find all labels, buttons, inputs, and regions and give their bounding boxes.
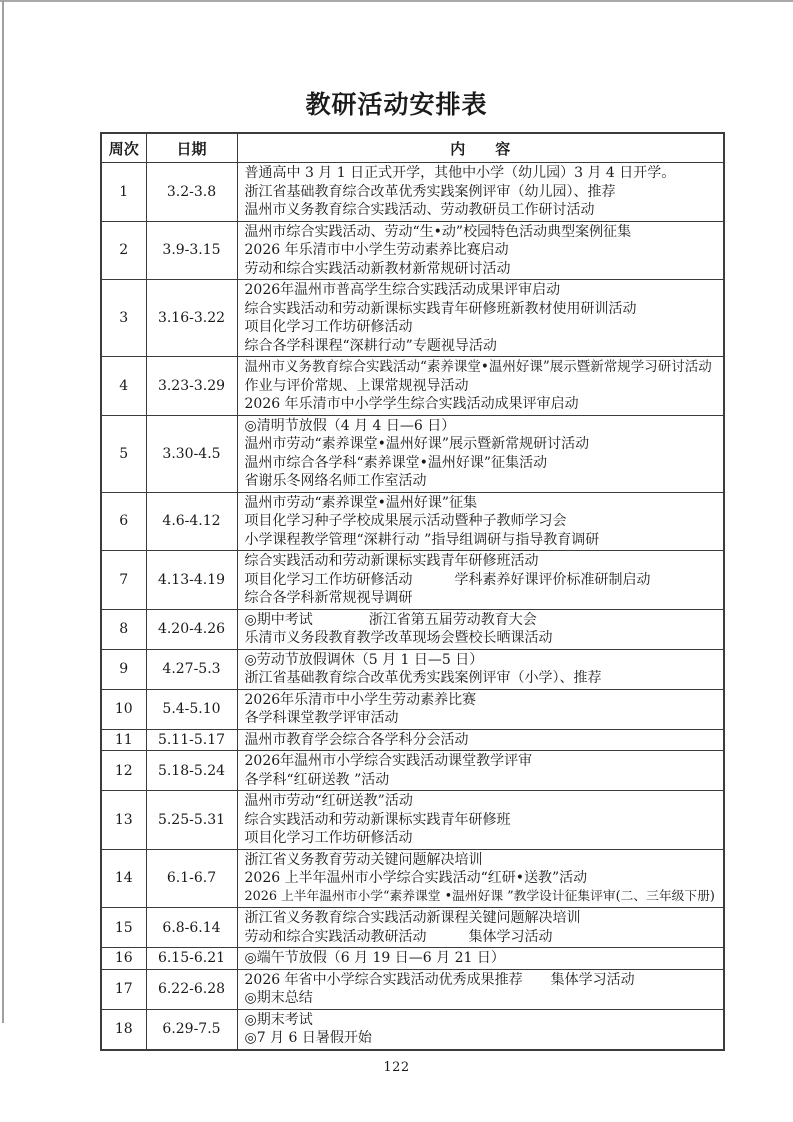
content-cell: 浙江省义务教育劳动关键问题解决培训2026 上半年温州市小学综合实践活动“红研•… — [237, 849, 724, 908]
page-number: 122 — [0, 1060, 793, 1075]
date-cell: 4.6-4.12 — [146, 492, 237, 551]
content-line: 浙江省基础教育综合改革优秀实践案例评审（小学）、推荐 — [245, 669, 718, 688]
table-row: 14 6.1-6.7 浙江省义务教育劳动关键问题解决培训2026 上半年温州市小… — [101, 849, 724, 908]
week-cell: 17 — [101, 969, 146, 1009]
date-cell: 3.23-3.29 — [146, 357, 237, 416]
table-row: 11 5.11-5.17 温州市教育学会综合各学科分会活动 — [101, 729, 724, 751]
week-cell: 6 — [101, 492, 146, 551]
table-row: 2 3.9-3.15 温州市综合实践活动、劳动“生•动”校园特色活动典型案例征集… — [101, 221, 724, 280]
content-line: 2026 上半年温州市小学综合实践活动“红研•送教”活动 — [245, 869, 718, 888]
date-cell: 4.20-4.26 — [146, 609, 237, 649]
content-line: 浙江省义务教育劳动关键问题解决培训 — [245, 851, 718, 870]
content-line: ◎端午节放假（6 月 19 日—6 月 21 日） — [245, 949, 718, 968]
table-row: 8 4.20-4.26 ◎期中考试 浙江省第五届劳动教育大会乐清市义务段教育教学… — [101, 609, 724, 649]
content-line: 综合实践活动和劳动新课标实践青年研修班新教材使用研训活动 — [245, 300, 718, 319]
content-line: 项目化学习工作坊研修活动 — [245, 829, 718, 848]
content-line: 项目化学习工作坊研修活动 — [245, 318, 718, 337]
content-line: 温州市劳动“素养课堂•温州好课”展示暨新常规研讨活动 — [245, 435, 718, 454]
content-line: 温州市教育学会综合各学科分会活动 — [245, 731, 718, 750]
content-line: 温州市义务教育综合实践活动“素养课堂•温州好课”展示暨新常规学习研讨活动 — [245, 358, 718, 377]
content-cell: ◎期中考试 浙江省第五届劳动教育大会乐清市义务段教育教学改革现场会暨校长晒课活动 — [237, 609, 724, 649]
table-row: 5 3.30-4.5 ◎清明节放假（4 月 4 日—6 日）温州市劳动“素养课堂… — [101, 415, 724, 492]
content-cell: 浙江省义务教育综合实践活动新课程关键问题解决培训劳动和综合实践活动教研活动 集体… — [237, 908, 724, 948]
content-cell: ◎端午节放假（6 月 19 日—6 月 21 日） — [237, 948, 724, 970]
date-cell: 3.9-3.15 — [146, 221, 237, 280]
content-cell: 温州市综合实践活动、劳动“生•动”校园特色活动典型案例征集2026 年乐清市中小… — [237, 221, 724, 280]
content-line: 2026 年乐清市中小学学生综合实践活动成果评审启动 — [245, 395, 718, 414]
content-line: 省谢乐冬网络名师工作室活动 — [245, 472, 718, 491]
content-line: 综合各学科新常规视导调研 — [245, 589, 718, 608]
table-row: 18 6.29-7.5 ◎期末考试◎7 月 6 日暑假开始 — [101, 1009, 724, 1050]
date-cell: 3.2-3.8 — [146, 163, 237, 222]
content-cell: 2026年乐清市中小学生劳动素养比赛各学科课堂教学评审活动 — [237, 689, 724, 729]
content-line: 各学科课堂教学评审活动 — [245, 709, 718, 728]
content-line: 2026 年省中小学综合实践活动优秀成果推荐 集体学习活动 — [245, 971, 718, 990]
content-line: 温州市义务教育综合实践活动、劳动教研员工作研讨活动 — [245, 201, 718, 220]
content-line: 温州市综合各学科“素养课堂•温州好课”征集活动 — [245, 454, 718, 473]
table-row: 1 3.2-3.8 普通高中 3 月 1 日正式开学，其他中小学（幼儿园）3 月… — [101, 163, 724, 222]
week-cell: 16 — [101, 948, 146, 970]
content-line: 劳动和综合实践活动新教材新常规研讨活动 — [245, 260, 718, 279]
content-cell: 温州市劳动“素养课堂•温州好课”征集项目化学习种子学校成果展示活动暨种子教师学习… — [237, 492, 724, 551]
week-cell: 7 — [101, 551, 146, 610]
content-line: 作业与评价常规、上课常规视导活动 — [245, 377, 718, 396]
week-cell: 12 — [101, 751, 146, 791]
content-line: 小学课程教学管理“深耕行动 ”指导组调研与指导教育调研 — [245, 531, 718, 550]
content-cell: ◎劳动节放假调休（5 月 1 日—5 日）浙江省基础教育综合改革优秀实践案例评审… — [237, 649, 724, 689]
date-cell: 3.30-4.5 — [146, 415, 237, 492]
date-cell: 5.18-5.24 — [146, 751, 237, 791]
content-line: 2026年温州市小学综合实践活动课堂教学评审 — [245, 752, 718, 771]
content-cell: 温州市义务教育综合实践活动“素养课堂•温州好课”展示暨新常规学习研讨活动作业与评… — [237, 357, 724, 416]
content-line: 乐清市义务段教育教学改革现场会暨校长晒课活动 — [245, 629, 718, 648]
page-edge-left — [2, 0, 4, 1023]
content-cell: 综合实践活动和劳动新课标实践青年研修班活动项目化学习工作坊研修活动 学科素养好课… — [237, 551, 724, 610]
week-cell: 2 — [101, 221, 146, 280]
table-row: 16 6.15-6.21 ◎端午节放假（6 月 19 日—6 月 21 日） — [101, 948, 724, 970]
content-line: 项目化学习工作坊研修活动 学科素养好课评价标准研制启动 — [245, 571, 718, 590]
content-line: 2026年温州市普高学生综合实践活动成果评审启动 — [245, 281, 718, 300]
content-line: 2026 年乐清市中小学生劳动素养比赛启动 — [245, 241, 718, 260]
content-cell: 2026 年省中小学综合实践活动优秀成果推荐 集体学习活动◎期末总结 — [237, 969, 724, 1009]
content-line: 温州市劳动“素养课堂•温州好课”征集 — [245, 494, 718, 513]
content-line: 浙江省基础教育综合改革优秀实践案例评审（幼儿园）、推荐 — [245, 183, 718, 202]
page-title: 教研活动安排表 — [0, 0, 793, 120]
week-cell: 5 — [101, 415, 146, 492]
table-row: 17 6.22-6.28 2026 年省中小学综合实践活动优秀成果推荐 集体学习… — [101, 969, 724, 1009]
content-line: ◎7 月 6 日暑假开始 — [245, 1029, 718, 1048]
week-cell: 11 — [101, 729, 146, 751]
col-header-content: 内 容 — [237, 133, 724, 163]
week-cell: 18 — [101, 1009, 146, 1050]
table-header: 周次 日期 内 容 — [101, 133, 724, 163]
content-line: 2026年乐清市中小学生劳动素养比赛 — [245, 691, 718, 710]
content-cell: 普通高中 3 月 1 日正式开学，其他中小学（幼儿园）3 月 4 日开学。浙江省… — [237, 163, 724, 222]
table-row: 12 5.18-5.24 2026年温州市小学综合实践活动课堂教学评审各学科“红… — [101, 751, 724, 791]
content-cell: ◎清明节放假（4 月 4 日—6 日）温州市劳动“素养课堂•温州好课”展示暨新常… — [237, 415, 724, 492]
date-cell: 6.22-6.28 — [146, 969, 237, 1009]
week-cell: 4 — [101, 357, 146, 416]
content-line: 各学科“红研送教 ”活动 — [245, 771, 718, 790]
col-header-date: 日期 — [146, 133, 237, 163]
content-cell: ◎期末考试◎7 月 6 日暑假开始 — [237, 1009, 724, 1050]
col-header-week: 周次 — [101, 133, 146, 163]
content-line: 综合实践活动和劳动新课标实践青年研修班活动 — [245, 552, 718, 571]
table-row: 3 3.16-3.22 2026年温州市普高学生综合实践活动成果评审启动综合实践… — [101, 280, 724, 357]
date-cell: 4.27-5.3 — [146, 649, 237, 689]
week-cell: 13 — [101, 791, 146, 850]
date-cell: 6.29-7.5 — [146, 1009, 237, 1050]
table-body: 1 3.2-3.8 普通高中 3 月 1 日正式开学，其他中小学（幼儿园）3 月… — [101, 163, 724, 1050]
week-cell: 1 — [101, 163, 146, 222]
week-cell: 14 — [101, 849, 146, 908]
content-cell: 温州市劳动“红研送教”活动综合实践活动和劳动新课标实践青年研修班项目化学习工作坊… — [237, 791, 724, 850]
content-line: 项目化学习种子学校成果展示活动暨种子教师学习会 — [245, 512, 718, 531]
table-row: 15 6.8-6.14 浙江省义务教育综合实践活动新课程关键问题解决培训劳动和综… — [101, 908, 724, 948]
week-cell: 3 — [101, 280, 146, 357]
date-cell: 5.11-5.17 — [146, 729, 237, 751]
content-cell: 2026年温州市小学综合实践活动课堂教学评审各学科“红研送教 ”活动 — [237, 751, 724, 791]
table-row: 4 3.23-3.29 温州市义务教育综合实践活动“素养课堂•温州好课”展示暨新… — [101, 357, 724, 416]
week-cell: 9 — [101, 649, 146, 689]
table-row: 13 5.25-5.31 温州市劳动“红研送教”活动综合实践活动和劳动新课标实践… — [101, 791, 724, 850]
content-line: 劳动和综合实践活动教研活动 集体学习活动 — [245, 928, 718, 947]
document-page: 教研活动安排表 周次 日期 内 容 1 3.2-3.8 普通高中 3 月 1 日… — [0, 0, 793, 1075]
week-cell: 8 — [101, 609, 146, 649]
content-line: 普通高中 3 月 1 日正式开学，其他中小学（幼儿园）3 月 4 日开学。 — [245, 164, 718, 183]
content-line: 浙江省义务教育综合实践活动新课程关键问题解决培训 — [245, 909, 718, 928]
table-row: 9 4.27-5.3 ◎劳动节放假调休（5 月 1 日—5 日）浙江省基础教育综… — [101, 649, 724, 689]
content-line: 温州市劳动“红研送教”活动 — [245, 792, 718, 811]
content-line: 温州市综合实践活动、劳动“生•动”校园特色活动典型案例征集 — [245, 223, 718, 242]
week-cell: 10 — [101, 689, 146, 729]
table-row: 6 4.6-4.12 温州市劳动“素养课堂•温州好课”征集项目化学习种子学校成果… — [101, 492, 724, 551]
date-cell: 6.1-6.7 — [146, 849, 237, 908]
table-row: 10 5.4-5.10 2026年乐清市中小学生劳动素养比赛各学科课堂教学评审活… — [101, 689, 724, 729]
date-cell: 6.8-6.14 — [146, 908, 237, 948]
content-line: ◎期末考试 — [245, 1011, 718, 1030]
week-cell: 15 — [101, 908, 146, 948]
content-line: 2026 上半年温州市小学“素养课堂 •温州好课 ”教学设计征集评审(二、三年级… — [245, 888, 718, 907]
content-line: ◎期末总结 — [245, 989, 718, 1008]
content-line: 综合实践活动和劳动新课标实践青年研修班 — [245, 811, 718, 830]
content-cell: 温州市教育学会综合各学科分会活动 — [237, 729, 724, 751]
content-line: 综合各学科课程“深耕行动”专题视导活动 — [245, 337, 718, 356]
header-row: 周次 日期 内 容 — [101, 133, 724, 163]
date-cell: 6.15-6.21 — [146, 948, 237, 970]
schedule-table: 周次 日期 内 容 1 3.2-3.8 普通高中 3 月 1 日正式开学，其他中… — [100, 132, 725, 1051]
date-cell: 3.16-3.22 — [146, 280, 237, 357]
table-row: 7 4.13-4.19 综合实践活动和劳动新课标实践青年研修班活动项目化学习工作… — [101, 551, 724, 610]
page-edge-top — [0, 0, 793, 2]
content-line: ◎期中考试 浙江省第五届劳动教育大会 — [245, 611, 718, 630]
date-cell: 5.4-5.10 — [146, 689, 237, 729]
content-line: ◎清明节放假（4 月 4 日—6 日） — [245, 417, 718, 436]
date-cell: 4.13-4.19 — [146, 551, 237, 610]
content-cell: 2026年温州市普高学生综合实践活动成果评审启动综合实践活动和劳动新课标实践青年… — [237, 280, 724, 357]
content-line: ◎劳动节放假调休（5 月 1 日—5 日） — [245, 651, 718, 670]
date-cell: 5.25-5.31 — [146, 791, 237, 850]
